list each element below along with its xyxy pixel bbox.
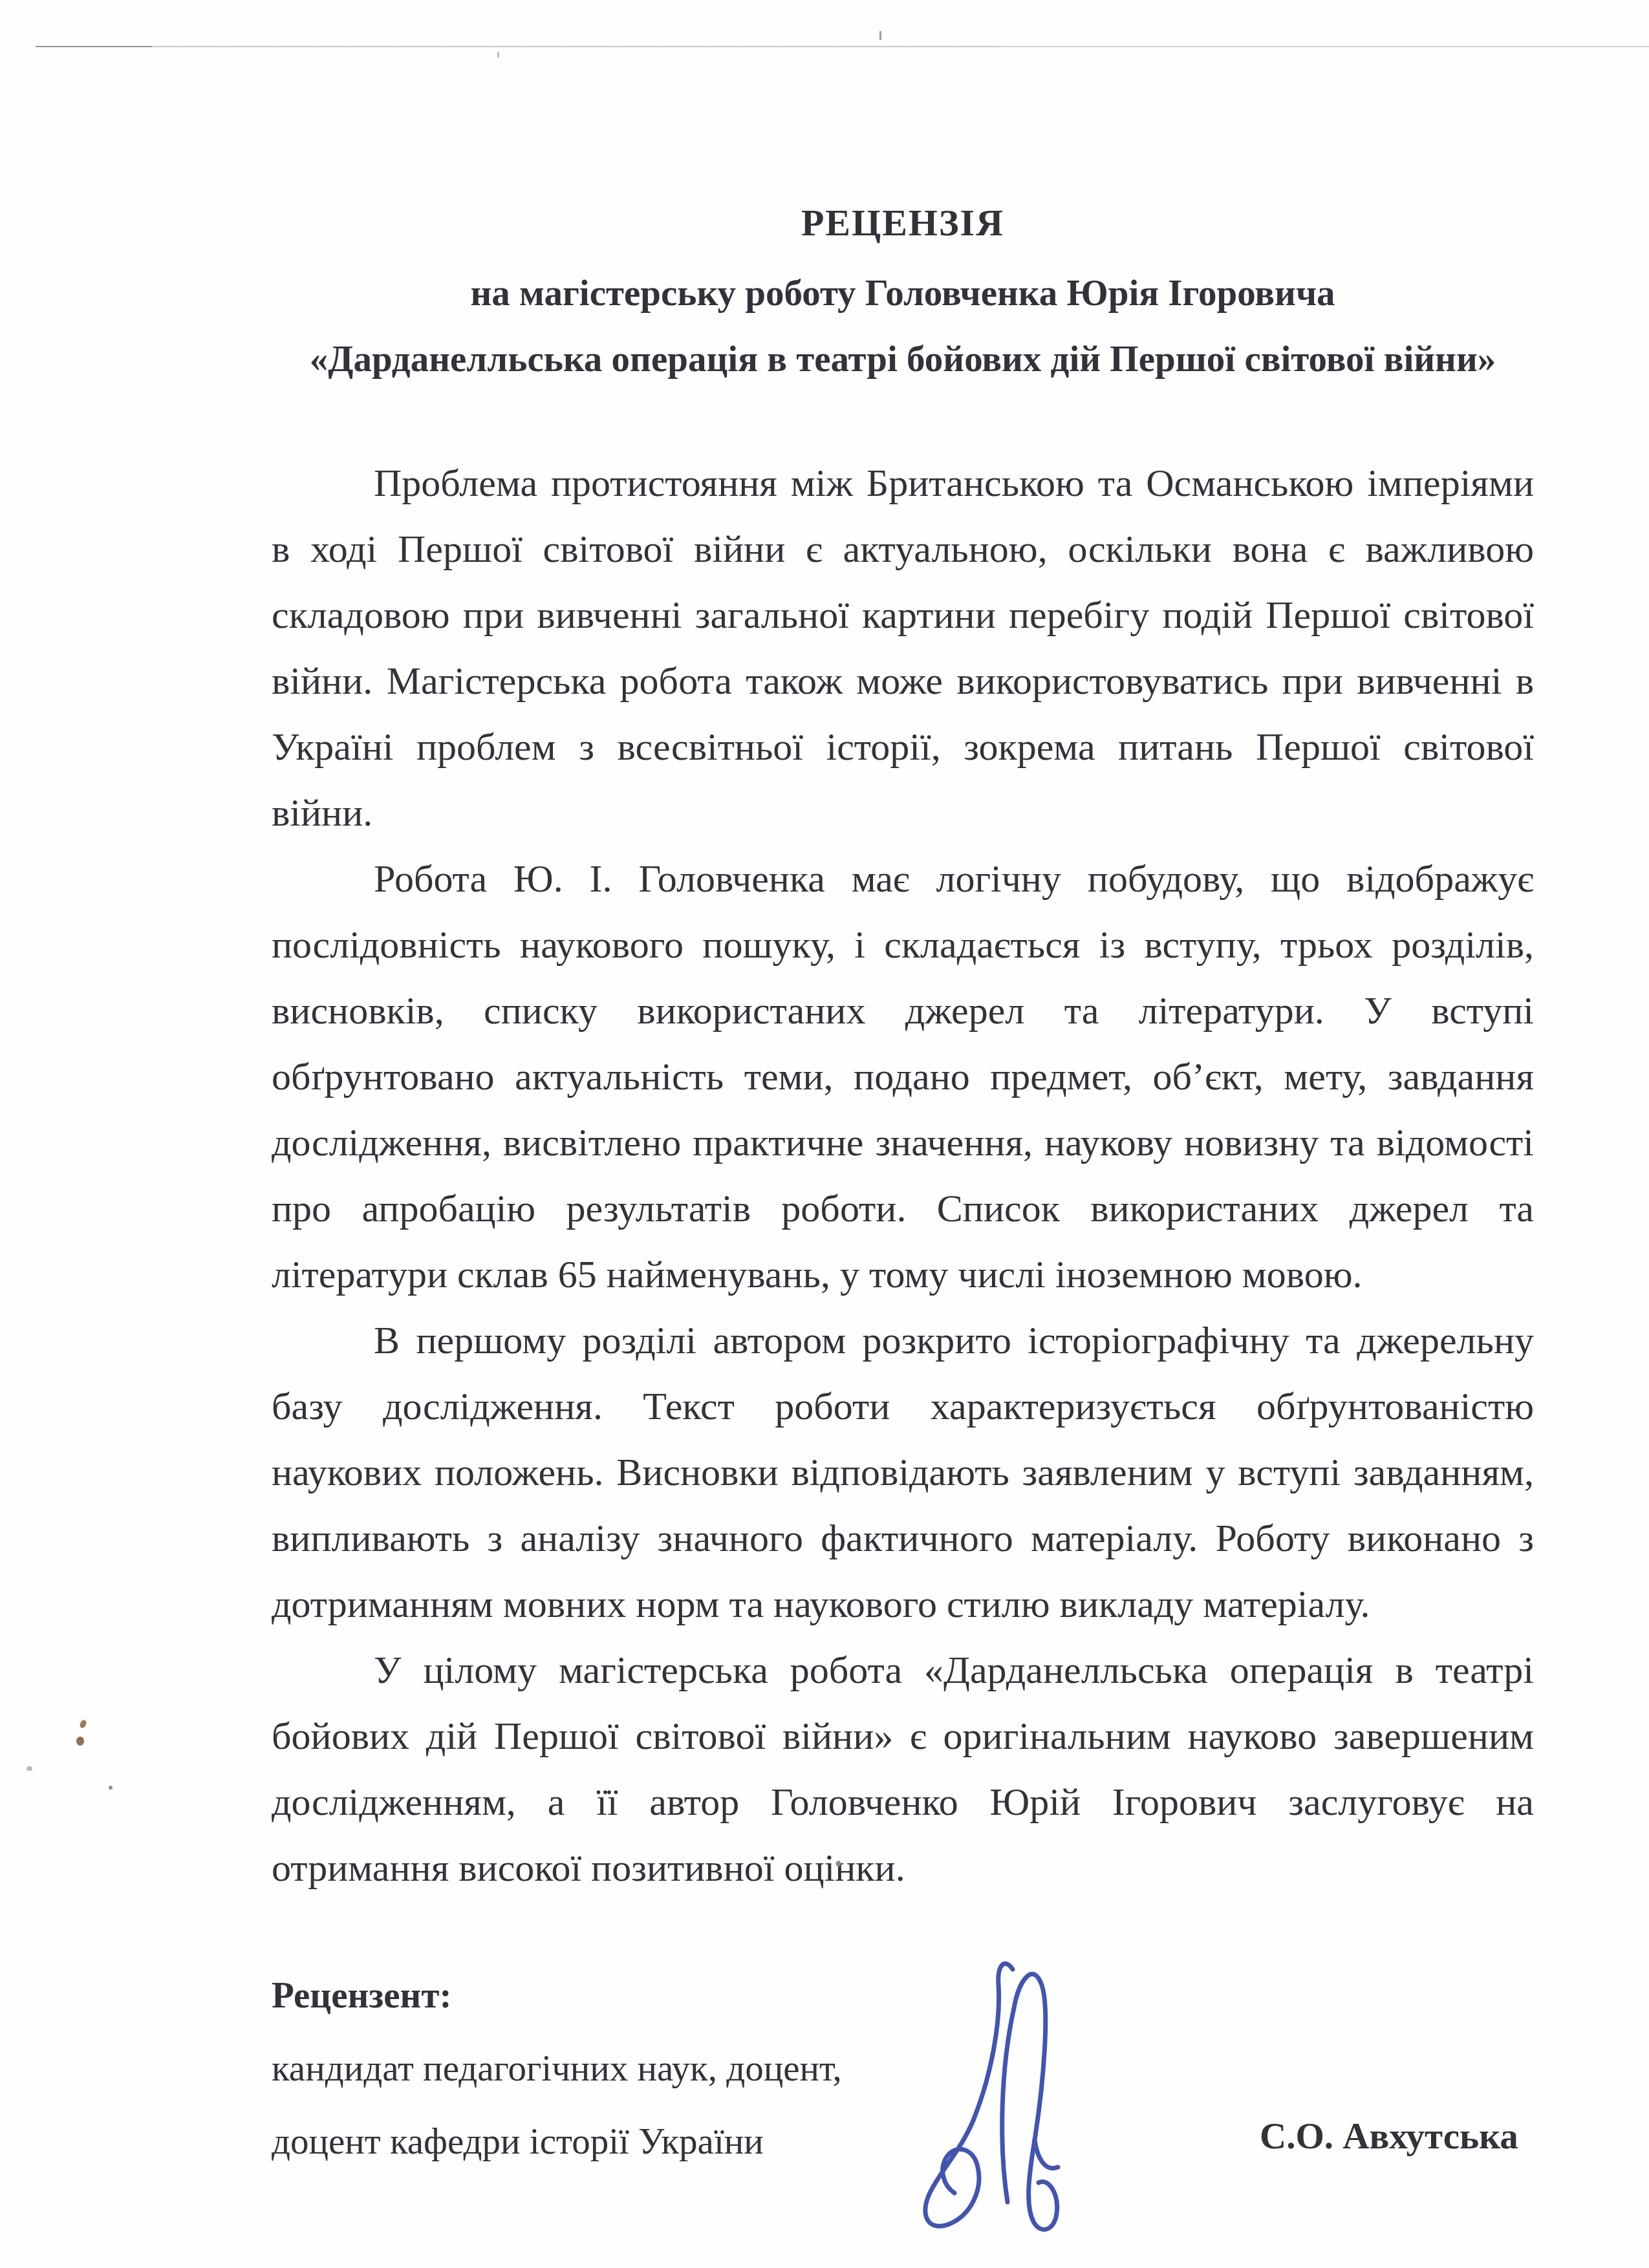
signature: [911, 1945, 1143, 2242]
document-subtitle: на магістерську роботу Головченка Юрія І…: [272, 273, 1534, 314]
scan-speck: [497, 52, 499, 58]
scan-speck: [879, 31, 881, 40]
scan-speck: [79, 1719, 88, 1729]
thesis-title: «Дарданелльська операція в театрі бойови…: [272, 339, 1534, 380]
paragraph: У цілому магістерська робота «Дарданелль…: [272, 1637, 1534, 1901]
document-page: РЕЦЕНЗІЯ на магістерську роботу Головчен…: [0, 0, 1649, 2268]
scan-speck: [109, 1786, 113, 1790]
scan-speck: [27, 1766, 32, 1771]
scan-speck: [76, 1737, 84, 1746]
review-body: Проблема протистояння між Британською та…: [272, 450, 1534, 1901]
document-header: РЕЦЕНЗІЯ на магістерську роботу Головчен…: [272, 202, 1534, 380]
document-title: РЕЦЕНЗІЯ: [272, 202, 1534, 244]
reviewer-name: С.О. Авхутська: [1260, 2115, 1518, 2157]
paragraph: В першому розділі автором розкрито істор…: [272, 1307, 1534, 1637]
paragraph: Робота Ю. І. Головченка має логічну побу…: [272, 846, 1534, 1307]
scan-line-artifact: [36, 46, 1649, 47]
paragraph: Проблема протистояння між Британською та…: [272, 450, 1534, 846]
scan-speck: [836, 1861, 841, 1867]
